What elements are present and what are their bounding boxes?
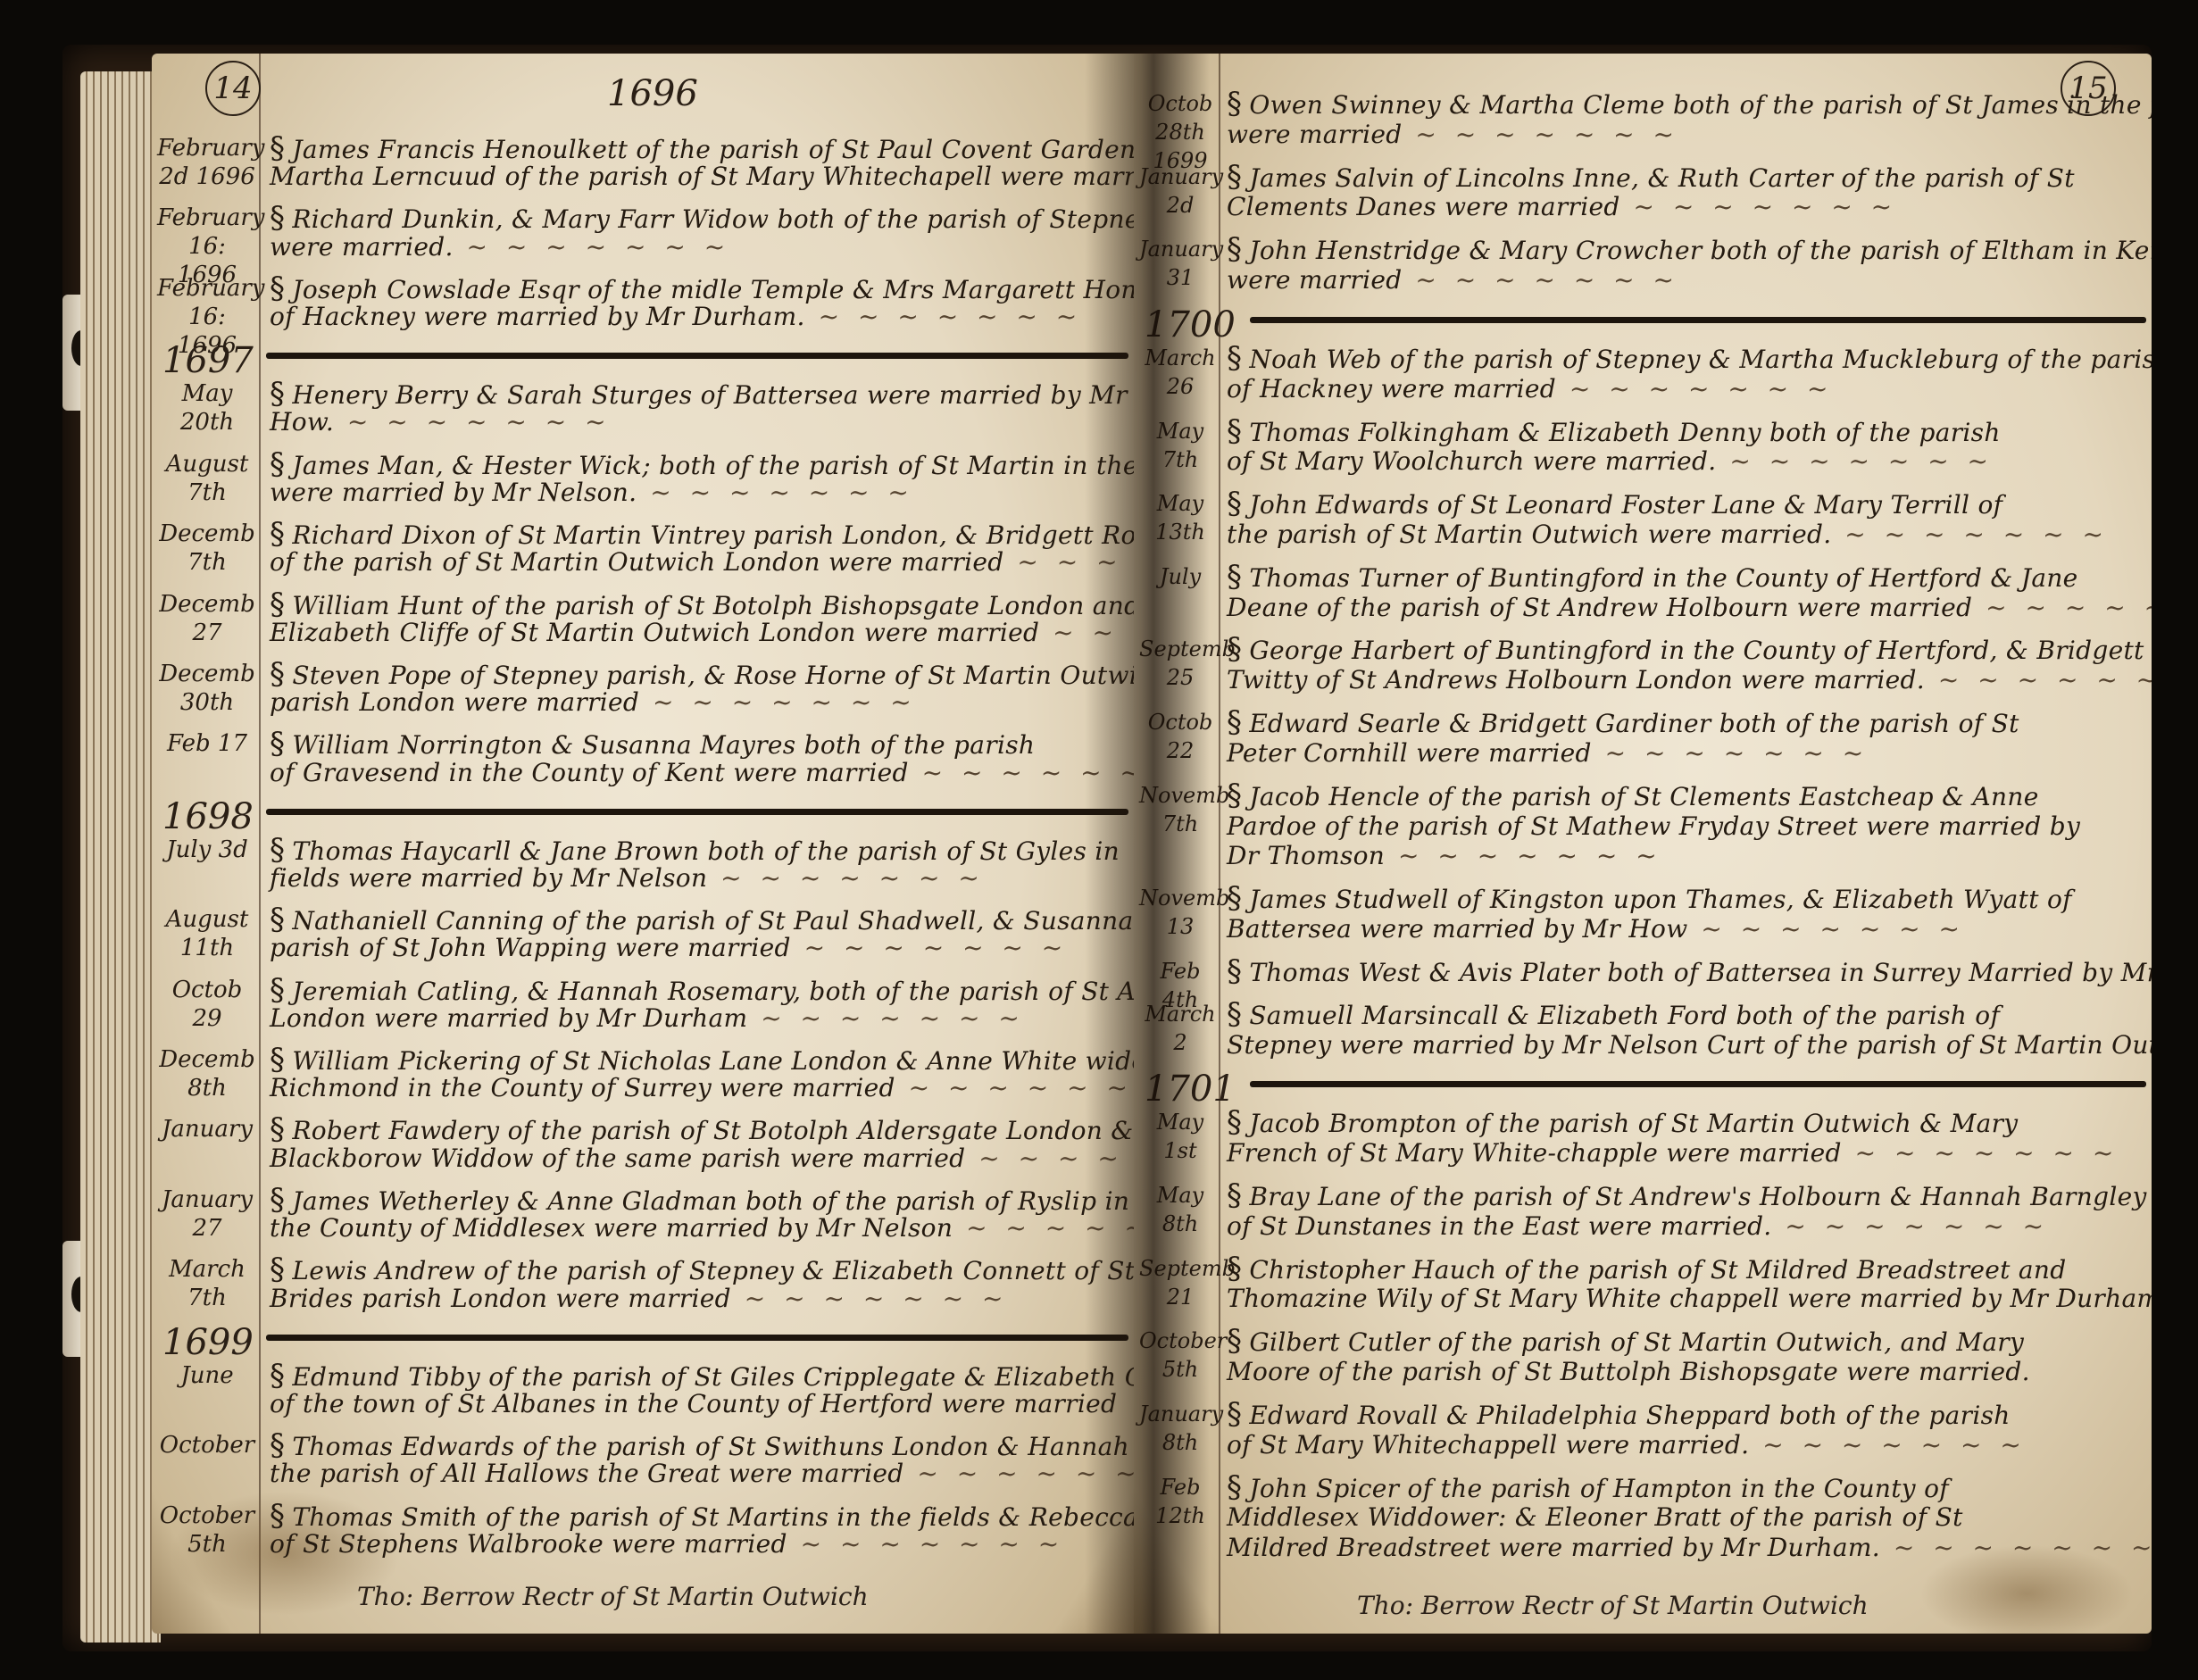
entry-line-text: Edward Searle & Bridgett Gardiner both o… bbox=[1249, 709, 2019, 738]
entry-line-text: Jeremiah Catling, & Hannah Rosemary, bot… bbox=[292, 977, 1134, 1006]
entry-text-first-line: §Jacob Brompton of the parish of St Mart… bbox=[1227, 1108, 2144, 1139]
line-filler-flourish: ~ ~ ~ ~ ~ ~ ~ bbox=[1004, 547, 1134, 577]
line-filler-flourish: ~ ~ ~ ~ ~ ~ ~ bbox=[1772, 1211, 2050, 1241]
entry-date: Octob 22 bbox=[1139, 708, 1221, 765]
line-filler-flourish: ~ ~ ~ ~ ~ ~ ~ bbox=[637, 478, 914, 507]
entry-line-text: of Gravesend in the County of Kent were … bbox=[270, 758, 909, 787]
entry-mark-icon: § bbox=[1227, 953, 1242, 989]
entry-mark-icon: § bbox=[270, 1498, 285, 1534]
entry-text-continuation: Stepney were married by Mr Nelson Curt o… bbox=[1227, 1030, 2144, 1060]
entry-date: October 5th bbox=[157, 1501, 257, 1559]
entry-line-text: Henery Berry & Sarah Sturges of Batterse… bbox=[292, 380, 1128, 410]
entry-text-continuation: of the parish of St Martin Outwich Londo… bbox=[270, 548, 1127, 577]
entry-mark-icon: § bbox=[270, 902, 285, 937]
year-heading: 1701 bbox=[1145, 1069, 1236, 1110]
entry-mark-icon: § bbox=[270, 130, 285, 166]
entry-text-continuation: of St Mary Woolchurch were married. ~ ~ … bbox=[1227, 446, 2144, 477]
entry-mark-icon: § bbox=[270, 200, 285, 236]
entry-text-continuation: of Hackney were married ~ ~ ~ ~ ~ ~ ~ bbox=[1227, 374, 2144, 404]
entry-text-continuation: were married ~ ~ ~ ~ ~ ~ ~ bbox=[1227, 120, 2144, 150]
entry-text-first-line: §Owen Swinney & Martha Cleme both of the… bbox=[1227, 89, 2144, 121]
entry-mark-icon: § bbox=[270, 1111, 285, 1147]
entry-text-continuation: Pardoe of the parish of St Mathew Fryday… bbox=[1227, 811, 2144, 842]
entry-text-continuation: Moore of the parish of St Buttolph Bisho… bbox=[1227, 1357, 2144, 1387]
entry-text-continuation: Deane of the parish of St Andrew Holbour… bbox=[1227, 593, 2144, 623]
entry-date: May 20th bbox=[157, 379, 257, 437]
entry-text-continuation: Middlesex Widdower: & Eleoner Bratt of t… bbox=[1227, 1502, 2144, 1533]
entry-line-text: Steven Pope of Stepney parish, & Rose Ho… bbox=[292, 661, 1134, 690]
entry-date: Decemb 30th bbox=[157, 660, 257, 717]
entry-text-first-line: §Steven Pope of Stepney parish, & Rose H… bbox=[270, 660, 1127, 690]
entry-line-text: Edward Rovall & Philadelphia Sheppard bo… bbox=[1249, 1401, 2010, 1430]
entry-mark-icon: § bbox=[270, 656, 285, 692]
entry-line-text: Brides parish London were married bbox=[270, 1284, 731, 1313]
entry-mark-icon: § bbox=[270, 586, 285, 622]
entry-text-continuation: Brides parish London were married ~ ~ ~ … bbox=[270, 1285, 1127, 1313]
entry-line-text: James Francis Henoulkett of the parish o… bbox=[292, 135, 1134, 164]
entry-line-text: John Spicer of the parish of Hampton in … bbox=[1249, 1474, 1949, 1503]
line-filler-flourish: ~ ~ ~ ~ ~ ~ ~ bbox=[1972, 593, 2152, 622]
entry-text-continuation: the parish of All Hallows the Great were… bbox=[270, 1460, 1127, 1488]
entry-mark-icon: § bbox=[270, 1182, 285, 1218]
entry-line-text: Thomazine Wily of St Mary White chappell… bbox=[1227, 1284, 2152, 1313]
entry-line-text: Thomas Haycarll & Jane Brown both of the… bbox=[292, 836, 1120, 866]
year-divider-rule bbox=[266, 353, 1128, 359]
entry-line-text: the parish of St Martin Outwich were mar… bbox=[1227, 520, 1831, 549]
entry-line-text: Thomas Smith of the parish of St Martins… bbox=[292, 1502, 1134, 1532]
entry-line-text: James Studwell of Kingston upon Thames, … bbox=[1249, 885, 2071, 914]
entry-date: Decemb 8th bbox=[157, 1045, 257, 1102]
entry-line-text: Noah Web of the parish of Stepney & Mart… bbox=[1249, 345, 2152, 374]
entry-text-continuation: Richmond in the County of Surrey were ma… bbox=[270, 1074, 1127, 1102]
year-divider-rule bbox=[266, 1335, 1128, 1341]
year-heading: 1699 bbox=[162, 1322, 254, 1363]
entry-text-continuation: of Hackney were married by Mr Durham. ~ … bbox=[270, 303, 1127, 331]
entry-text-first-line: §William Norrington & Susanna Mayres bot… bbox=[270, 729, 1127, 760]
entry-text-first-line: §Thomas West & Avis Plater both of Batte… bbox=[1227, 957, 2144, 988]
entry-text-first-line: §Edmund Tibby of the parish of St Giles … bbox=[270, 1361, 1127, 1392]
entry-mark-icon: § bbox=[1227, 996, 1242, 1032]
entry-text-continuation: of the town of St Albanes in the County … bbox=[270, 1390, 1127, 1418]
entry-date: Feb 17 bbox=[157, 729, 257, 758]
line-filler-flourish: ~ ~ ~ ~ ~ ~ ~ bbox=[1925, 665, 2152, 694]
line-filler-flourish: ~ ~ ~ ~ ~ ~ ~ bbox=[903, 1459, 1134, 1488]
entry-text-continuation: of St Dunstanes in the East were married… bbox=[1227, 1211, 2144, 1242]
entry-text-first-line: §Lewis Andrew of the parish of Stepney &… bbox=[270, 1255, 1127, 1285]
entry-mark-icon: § bbox=[1227, 340, 1242, 376]
entry-line-text: fields were married by Mr Nelson bbox=[270, 863, 707, 893]
entry-text-first-line: §Thomas Edwards of the parish of St Swit… bbox=[270, 1431, 1127, 1461]
entry-date: Decemb 27 bbox=[157, 590, 257, 647]
entry-text-continuation: Martha Lerncuud of the parish of St Mary… bbox=[270, 162, 1127, 191]
entry-date: January 27 bbox=[157, 1185, 257, 1243]
entry-text-continuation: Elizabeth Cliffe of St Martin Outwich Lo… bbox=[270, 619, 1127, 647]
entry-mark-icon: § bbox=[270, 516, 285, 552]
line-filler-flourish: ~ ~ ~ ~ ~ ~ ~ bbox=[1402, 120, 1679, 149]
line-filler-flourish: ~ ~ ~ ~ ~ ~ ~ bbox=[1749, 1430, 2027, 1460]
entry-date: Feb 12th bbox=[1139, 1473, 1221, 1530]
entry-text-first-line: §Thomas Turner of Buntingford in the Cou… bbox=[1227, 562, 2144, 594]
entry-text-first-line: §Gilbert Cutler of the parish of St Mart… bbox=[1227, 1327, 2144, 1358]
year-divider-rule bbox=[266, 809, 1128, 815]
year-divider-rule bbox=[1250, 317, 2146, 323]
entry-line-text: Stepney were married by Mr Nelson Curt o… bbox=[1227, 1030, 2152, 1060]
entry-text-continuation: Battersea were married by Mr How ~ ~ ~ ~… bbox=[1227, 914, 2144, 944]
entry-mark-icon: § bbox=[1227, 559, 1242, 595]
entry-text-first-line: §Robert Fawdery of the parish of St Boto… bbox=[270, 1115, 1127, 1145]
entry-line-text: Jacob Brompton of the parish of St Marti… bbox=[1249, 1109, 2018, 1138]
entry-date: October 5th bbox=[1139, 1327, 1221, 1384]
entry-line-text: Richmond in the County of Surrey were ma… bbox=[270, 1073, 895, 1102]
line-filler-flourish: ~ ~ ~ ~ ~ ~ ~ bbox=[1716, 446, 1994, 476]
entry-line-text: Owen Swinney & Martha Cleme both of the … bbox=[1249, 90, 2152, 120]
entry-text-first-line: §Richard Dixon of St Martin Vintrey pari… bbox=[270, 520, 1127, 550]
entry-date: Decemb 7th bbox=[157, 520, 257, 577]
line-filler-flourish: ~ ~ ~ ~ ~ ~ ~ bbox=[639, 687, 917, 717]
entry-line-text: Richard Dixon of St Martin Vintrey paris… bbox=[292, 520, 1134, 550]
entry-line-text: of St Mary Woolchurch were married. bbox=[1227, 446, 1716, 476]
entry-text-first-line: §James Salvin of Lincolns Inne, & Ruth C… bbox=[1227, 162, 2144, 194]
line-filler-flourish: ~ ~ ~ ~ ~ ~ ~ bbox=[707, 863, 985, 893]
entry-line-text: of St Mary Whitechappell were married. bbox=[1227, 1430, 1749, 1460]
line-filler-flourish: ~ ~ ~ ~ ~ ~ ~ bbox=[805, 302, 1083, 331]
entry-text-continuation: parish London were married ~ ~ ~ ~ ~ ~ ~ bbox=[270, 688, 1127, 717]
entry-text-continuation: the parish of St Martin Outwich were mar… bbox=[1227, 520, 2144, 550]
entry-line-text: Battersea were married by Mr How bbox=[1227, 914, 1687, 944]
page-edges bbox=[80, 71, 161, 1643]
entry-text-continuation: were married by Mr Nelson. ~ ~ ~ ~ ~ ~ ~ bbox=[270, 478, 1127, 507]
entry-mark-icon: § bbox=[1227, 778, 1242, 813]
entry-text-first-line: §John Spicer of the parish of Hampton in… bbox=[1227, 1473, 2144, 1504]
entry-line-text: of Hackney were married by Mr Durham. bbox=[270, 302, 805, 331]
entry-text-first-line: §John Edwards of St Leonard Foster Lane … bbox=[1227, 489, 2144, 520]
entry-date: August 11th bbox=[157, 905, 257, 962]
entry-mark-icon: § bbox=[1227, 231, 1242, 267]
entry-line-text: James Wetherley & Anne Gladman both of t… bbox=[292, 1186, 1129, 1216]
entry-line-text: William Hunt of the parish of St Botolph… bbox=[292, 591, 1134, 620]
line-filler-flourish: ~ ~ ~ ~ ~ ~ ~ bbox=[454, 232, 731, 262]
entry-line-text: Middlesex Widdower: & Eleoner Bratt of t… bbox=[1227, 1502, 1963, 1532]
entry-date: Septemb 21 bbox=[1139, 1254, 1221, 1311]
entry-date: February 2d 1696 bbox=[157, 134, 257, 191]
entry-line-text: Gilbert Cutler of the parish of St Marti… bbox=[1249, 1327, 2024, 1357]
entry-line-text: parish London were married bbox=[270, 687, 639, 717]
entry-line-text: Robert Fawdery of the parish of St Botol… bbox=[292, 1116, 1134, 1145]
entry-text-first-line: §Richard Dunkin, & Mary Farr Widow both … bbox=[270, 204, 1127, 234]
entry-line-text: were married bbox=[1227, 120, 1402, 149]
entry-text-first-line: §Christopher Hauch of the parish of St M… bbox=[1227, 1254, 2144, 1285]
entry-line-text: Richard Dunkin, & Mary Farr Widow both o… bbox=[292, 204, 1134, 234]
entry-line-text: Pardoe of the parish of St Mathew Fryday… bbox=[1227, 811, 2080, 841]
entry-line-text: James Salvin of Lincolns Inne, & Ruth Ca… bbox=[1249, 163, 2074, 193]
entry-mark-icon: § bbox=[270, 726, 285, 761]
entry-text-first-line: §James Wetherley & Anne Gladman both of … bbox=[270, 1185, 1127, 1216]
entry-line-text: Lewis Andrew of the parish of Stepney & … bbox=[292, 1256, 1134, 1285]
line-filler-flourish: ~ ~ ~ ~ ~ ~ ~ bbox=[1556, 374, 1834, 403]
year-divider-rule bbox=[1250, 1081, 2146, 1087]
entry-mark-icon: § bbox=[1227, 1251, 1242, 1286]
entry-line-text: John Henstridge & Mary Crowcher both of … bbox=[1249, 236, 2152, 265]
entry-mark-icon: § bbox=[1227, 704, 1242, 740]
entry-text-first-line: §William Pickering of St Nicholas Lane L… bbox=[270, 1045, 1127, 1076]
entry-mark-icon: § bbox=[1227, 1323, 1242, 1359]
entry-text-first-line: §Thomas Haycarll & Jane Brown both of th… bbox=[270, 836, 1127, 866]
line-filler-flourish: ~ ~ ~ ~ ~ ~ ~ bbox=[731, 1284, 1009, 1313]
entry-text-first-line: §James Studwell of Kingston upon Thames,… bbox=[1227, 884, 2144, 915]
entry-mark-icon: § bbox=[1227, 1396, 1242, 1432]
entry-text-continuation: fields were married by Mr Nelson ~ ~ ~ ~… bbox=[270, 864, 1127, 893]
rector-signature: Tho: Berrow Rectr of St Martin Outwich bbox=[357, 1582, 869, 1611]
entry-date: January 8th bbox=[1139, 1400, 1221, 1457]
line-filler-flourish: ~ ~ ~ ~ ~ ~ ~ bbox=[1385, 841, 1662, 870]
entry-text-continuation: Thomazine Wily of St Mary White chappell… bbox=[1227, 1284, 2144, 1314]
entry-text-first-line: §George Harbert of Buntingford in the Co… bbox=[1227, 635, 2144, 666]
entry-line-text: Joseph Cowslade Esqr of the midle Temple… bbox=[292, 275, 1134, 304]
line-filler-flourish: ~ ~ ~ ~ ~ ~ ~ bbox=[953, 1213, 1134, 1243]
right-page: 15 Octob 28th 1699§Owen Swinney & Martha… bbox=[1134, 54, 2152, 1634]
entry-line-text: Samuell Marsincall & Elizabeth Ford both… bbox=[1249, 1001, 2000, 1030]
line-filler-flourish: ~ ~ ~ ~ ~ ~ ~ bbox=[1592, 738, 1869, 768]
entry-line-text: Bray Lane of the parish of St Andrew's H… bbox=[1249, 1182, 2146, 1211]
line-filler-flourish: ~ ~ ~ ~ ~ ~ ~ bbox=[1039, 618, 1134, 647]
entry-line-text: of St Stephens Walbrooke were married bbox=[270, 1529, 787, 1559]
entry-text-continuation: London were married by Mr Durham ~ ~ ~ ~… bbox=[270, 1004, 1127, 1033]
line-filler-flourish: ~ ~ ~ ~ ~ ~ ~ bbox=[1842, 1138, 2119, 1168]
entry-line-text: Jacob Hencle of the parish of St Clement… bbox=[1249, 782, 2038, 811]
entry-line-text: John Edwards of St Leonard Foster Lane &… bbox=[1249, 490, 2002, 520]
entry-mark-icon: § bbox=[270, 1042, 285, 1077]
entry-date: May 1st bbox=[1139, 1108, 1221, 1165]
entry-text-first-line: §Joseph Cowslade Esqr of the midle Templ… bbox=[270, 274, 1127, 304]
entry-date: July bbox=[1139, 562, 1221, 591]
running-year-header: 1696 bbox=[607, 73, 698, 114]
entry-text-continuation: Mildred Breadstreet were married by Mr D… bbox=[1227, 1533, 2144, 1563]
entry-mark-icon: § bbox=[270, 446, 285, 482]
entry-line-text: Thomas West & Avis Plater both of Batter… bbox=[1249, 958, 2152, 987]
entry-text-first-line: §James Francis Henoulkett of the parish … bbox=[270, 134, 1127, 164]
entry-date: Octob 29 bbox=[157, 976, 257, 1033]
entry-text-first-line: §Nathaniell Canning of the parish of St … bbox=[270, 905, 1127, 936]
entry-text-continuation: How. ~ ~ ~ ~ ~ ~ ~ bbox=[270, 408, 1127, 437]
year-heading: 1700 bbox=[1145, 304, 1236, 345]
entry-line-text: Thomas Folkingham & Elizabeth Denny both… bbox=[1249, 418, 2000, 447]
line-filler-flourish: ~ ~ ~ ~ ~ ~ ~ bbox=[1402, 265, 1679, 295]
entry-line-text: were married. bbox=[270, 232, 454, 262]
entry-text-first-line: §Bray Lane of the parish of St Andrew's … bbox=[1227, 1181, 2144, 1212]
entry-text-continuation: of St Mary Whitechappell were married. ~… bbox=[1227, 1430, 2144, 1460]
entry-text-continuation: were married. ~ ~ ~ ~ ~ ~ ~ bbox=[270, 233, 1127, 262]
entry-date: June bbox=[157, 1361, 257, 1390]
entry-line-text: Peter Cornhill were married bbox=[1227, 738, 1592, 768]
entry-mark-icon: § bbox=[1227, 413, 1242, 449]
entry-line-text: the parish of All Hallows the Great were… bbox=[270, 1459, 903, 1488]
entry-line-text: George Harbert of Buntingford in the Cou… bbox=[1249, 636, 2144, 665]
entry-line-text: Nathaniell Canning of the parish of St P… bbox=[292, 906, 1134, 936]
entry-mark-icon: § bbox=[1227, 486, 1242, 521]
entry-line-text: of St Dunstanes in the East were married… bbox=[1227, 1211, 1772, 1241]
entry-line-text: Mildred Breadstreet were married by Mr D… bbox=[1227, 1533, 1880, 1562]
entry-mark-icon: § bbox=[270, 376, 285, 412]
entry-date: March 26 bbox=[1139, 344, 1221, 401]
entry-line-text: Dr Thomson bbox=[1227, 841, 1385, 870]
entry-mark-icon: § bbox=[1227, 1177, 1242, 1213]
entry-text-first-line: §Edward Rovall & Philadelphia Sheppard b… bbox=[1227, 1400, 2144, 1431]
entry-line-text: William Pickering of St Nicholas Lane Lo… bbox=[292, 1046, 1134, 1076]
entry-text-first-line: §Thomas Folkingham & Elizabeth Denny bot… bbox=[1227, 417, 2144, 448]
entry-line-text: James Man, & Hester Wick; both of the pa… bbox=[292, 451, 1134, 480]
entry-date: January bbox=[157, 1115, 257, 1144]
entry-text-continuation: Dr Thomson ~ ~ ~ ~ ~ ~ ~ bbox=[1227, 841, 2144, 871]
line-filler-flourish: ~ ~ ~ ~ ~ ~ ~ bbox=[895, 1073, 1134, 1102]
entry-line-text: Martha Lerncuud of the parish of St Mary… bbox=[270, 162, 1134, 191]
entry-text-first-line: §Henery Berry & Sarah Sturges of Batters… bbox=[270, 379, 1127, 410]
entry-line-text: the County of Middlesex were married by … bbox=[270, 1213, 953, 1243]
entry-text-first-line: §William Hunt of the parish of St Botolp… bbox=[270, 590, 1127, 620]
entry-text-first-line: §Noah Web of the parish of Stepney & Mar… bbox=[1227, 344, 2144, 375]
entry-text-continuation: Blackborow Widdow of the same parish wer… bbox=[270, 1144, 1127, 1173]
entry-mark-icon: § bbox=[1227, 159, 1242, 195]
page-number: 14 bbox=[205, 61, 261, 116]
entry-date: July 3d bbox=[157, 836, 257, 864]
entry-date: March 7th bbox=[157, 1255, 257, 1312]
line-filler-flourish: ~ ~ ~ ~ ~ ~ ~ bbox=[1831, 520, 2109, 549]
entry-date: May 8th bbox=[1139, 1181, 1221, 1238]
line-filler-flourish: ~ ~ ~ ~ ~ ~ ~ bbox=[747, 1003, 1025, 1033]
entry-date: Septemb 25 bbox=[1139, 635, 1221, 692]
entry-date: January 31 bbox=[1139, 235, 1221, 292]
entry-text-first-line: §John Henstridge & Mary Crowcher both of… bbox=[1227, 235, 2144, 266]
entry-line-text: Twitty of St Andrews Holbourn London wer… bbox=[1227, 665, 1925, 694]
entry-mark-icon: § bbox=[1227, 1104, 1242, 1140]
line-filler-flourish: ~ ~ ~ ~ ~ ~ ~ bbox=[1620, 192, 1898, 221]
entry-mark-icon: § bbox=[1227, 631, 1242, 667]
entry-text-first-line: §Samuell Marsincall & Elizabeth Ford bot… bbox=[1227, 1000, 2144, 1031]
entry-mark-icon: § bbox=[270, 1358, 285, 1393]
entry-text-continuation: the County of Middlesex were married by … bbox=[270, 1214, 1127, 1243]
entry-mark-icon: § bbox=[1227, 880, 1242, 916]
entry-text-continuation: of Gravesend in the County of Kent were … bbox=[270, 759, 1127, 787]
entry-line-text: Blackborow Widdow of the same parish wer… bbox=[270, 1144, 965, 1173]
line-filler-flourish: ~ ~ ~ ~ ~ ~ ~ bbox=[787, 1529, 1065, 1559]
entry-text-continuation: were married ~ ~ ~ ~ ~ ~ ~ bbox=[1227, 265, 2144, 295]
entry-line-text: Deane of the parish of St Andrew Holbour… bbox=[1227, 593, 1972, 622]
entry-date: Novemb 13 bbox=[1139, 884, 1221, 941]
entry-mark-icon: § bbox=[1227, 1469, 1242, 1505]
entry-line-text: How. bbox=[270, 407, 334, 437]
entry-mark-icon: § bbox=[270, 1427, 285, 1463]
entry-line-text: French of St Mary White-chapple were mar… bbox=[1227, 1138, 1842, 1168]
line-filler-flourish: ~ ~ ~ ~ ~ ~ ~ bbox=[791, 933, 1069, 962]
line-filler-flourish: ~ ~ ~ ~ ~ ~ ~ bbox=[1880, 1533, 2152, 1562]
year-heading: 1698 bbox=[162, 796, 254, 837]
entry-line-text: of Hackney were married bbox=[1227, 374, 1556, 403]
rector-signature: Tho: Berrow Rectr of St Martin Outwich bbox=[1357, 1591, 1869, 1620]
entry-text-first-line: §Jeremiah Catling, & Hannah Rosemary, bo… bbox=[270, 976, 1127, 1006]
entry-mark-icon: § bbox=[270, 972, 285, 1008]
entry-text-first-line: §Thomas Smith of the parish of St Martin… bbox=[270, 1501, 1127, 1532]
entry-date: August 7th bbox=[157, 450, 257, 507]
year-heading: 1697 bbox=[162, 340, 254, 381]
line-filler-flourish: ~ ~ ~ ~ ~ ~ ~ bbox=[334, 407, 612, 437]
entry-date: October bbox=[157, 1431, 257, 1460]
entry-date: March 2 bbox=[1139, 1000, 1221, 1057]
entry-text-continuation: parish of St John Wapping were married ~… bbox=[270, 934, 1127, 962]
entry-line-text: Christopher Hauch of the parish of St Mi… bbox=[1249, 1255, 2066, 1285]
entry-mark-icon: § bbox=[270, 832, 285, 868]
line-filler-flourish: ~ ~ ~ ~ ~ ~ ~ bbox=[909, 758, 1134, 787]
entry-mark-icon: § bbox=[1227, 86, 1242, 121]
entry-line-text: of the town of St Albanes in the County … bbox=[270, 1389, 1117, 1418]
entry-text-first-line: §Edward Searle & Bridgett Gardiner both … bbox=[1227, 708, 2144, 739]
entry-mark-icon: § bbox=[270, 1252, 285, 1287]
entry-line-text: parish of St John Wapping were married bbox=[270, 933, 791, 962]
entry-text-continuation: French of St Mary White-chapple were mar… bbox=[1227, 1138, 2144, 1169]
entry-date: Novemb 7th bbox=[1139, 781, 1221, 838]
line-filler-flourish: ~ ~ ~ ~ ~ ~ ~ bbox=[965, 1144, 1134, 1173]
entry-date: January 2d bbox=[1139, 162, 1221, 220]
entry-line-text: were married bbox=[1227, 265, 1402, 295]
entry-mark-icon: § bbox=[270, 270, 285, 306]
entry-line-text: Edmund Tibby of the parish of St Giles C… bbox=[292, 1362, 1134, 1392]
entry-line-text: were married by Mr Nelson. bbox=[270, 478, 637, 507]
entry-line-text: Elizabeth Cliffe of St Martin Outwich Lo… bbox=[270, 618, 1039, 647]
entry-line-text: London were married by Mr Durham bbox=[270, 1003, 747, 1033]
entry-text-continuation: Clements Danes were married ~ ~ ~ ~ ~ ~ … bbox=[1227, 192, 2144, 222]
entry-date: May 13th bbox=[1139, 489, 1221, 546]
entry-line-text: of the parish of St Martin Outwich Londo… bbox=[270, 547, 1004, 577]
entry-text-first-line: §Jacob Hencle of the parish of St Clemen… bbox=[1227, 781, 2144, 812]
line-filler-flourish: ~ ~ ~ ~ ~ ~ ~ bbox=[1687, 914, 1965, 944]
entry-text-first-line: §James Man, & Hester Wick; both of the p… bbox=[270, 450, 1127, 480]
entry-date: May 7th bbox=[1139, 417, 1221, 474]
entry-text-continuation: Twitty of St Andrews Holbourn London wer… bbox=[1227, 665, 2144, 695]
entry-text-continuation: of St Stephens Walbrooke were married ~ … bbox=[270, 1530, 1127, 1559]
entry-line-text: Thomas Edwards of the parish of St Swith… bbox=[292, 1432, 1134, 1461]
entry-line-text: Clements Danes were married bbox=[1227, 192, 1620, 221]
left-page: 14 1696 February 2d 1696§James Francis H… bbox=[152, 54, 1134, 1634]
entry-line-text: Moore of the parish of St Buttolph Bisho… bbox=[1227, 1357, 2030, 1386]
entry-line-text: Thomas Turner of Buntingford in the Coun… bbox=[1249, 563, 2077, 593]
entry-line-text: William Norrington & Susanna Mayres both… bbox=[292, 730, 1035, 760]
entry-text-continuation: Peter Cornhill were married ~ ~ ~ ~ ~ ~ … bbox=[1227, 738, 2144, 769]
